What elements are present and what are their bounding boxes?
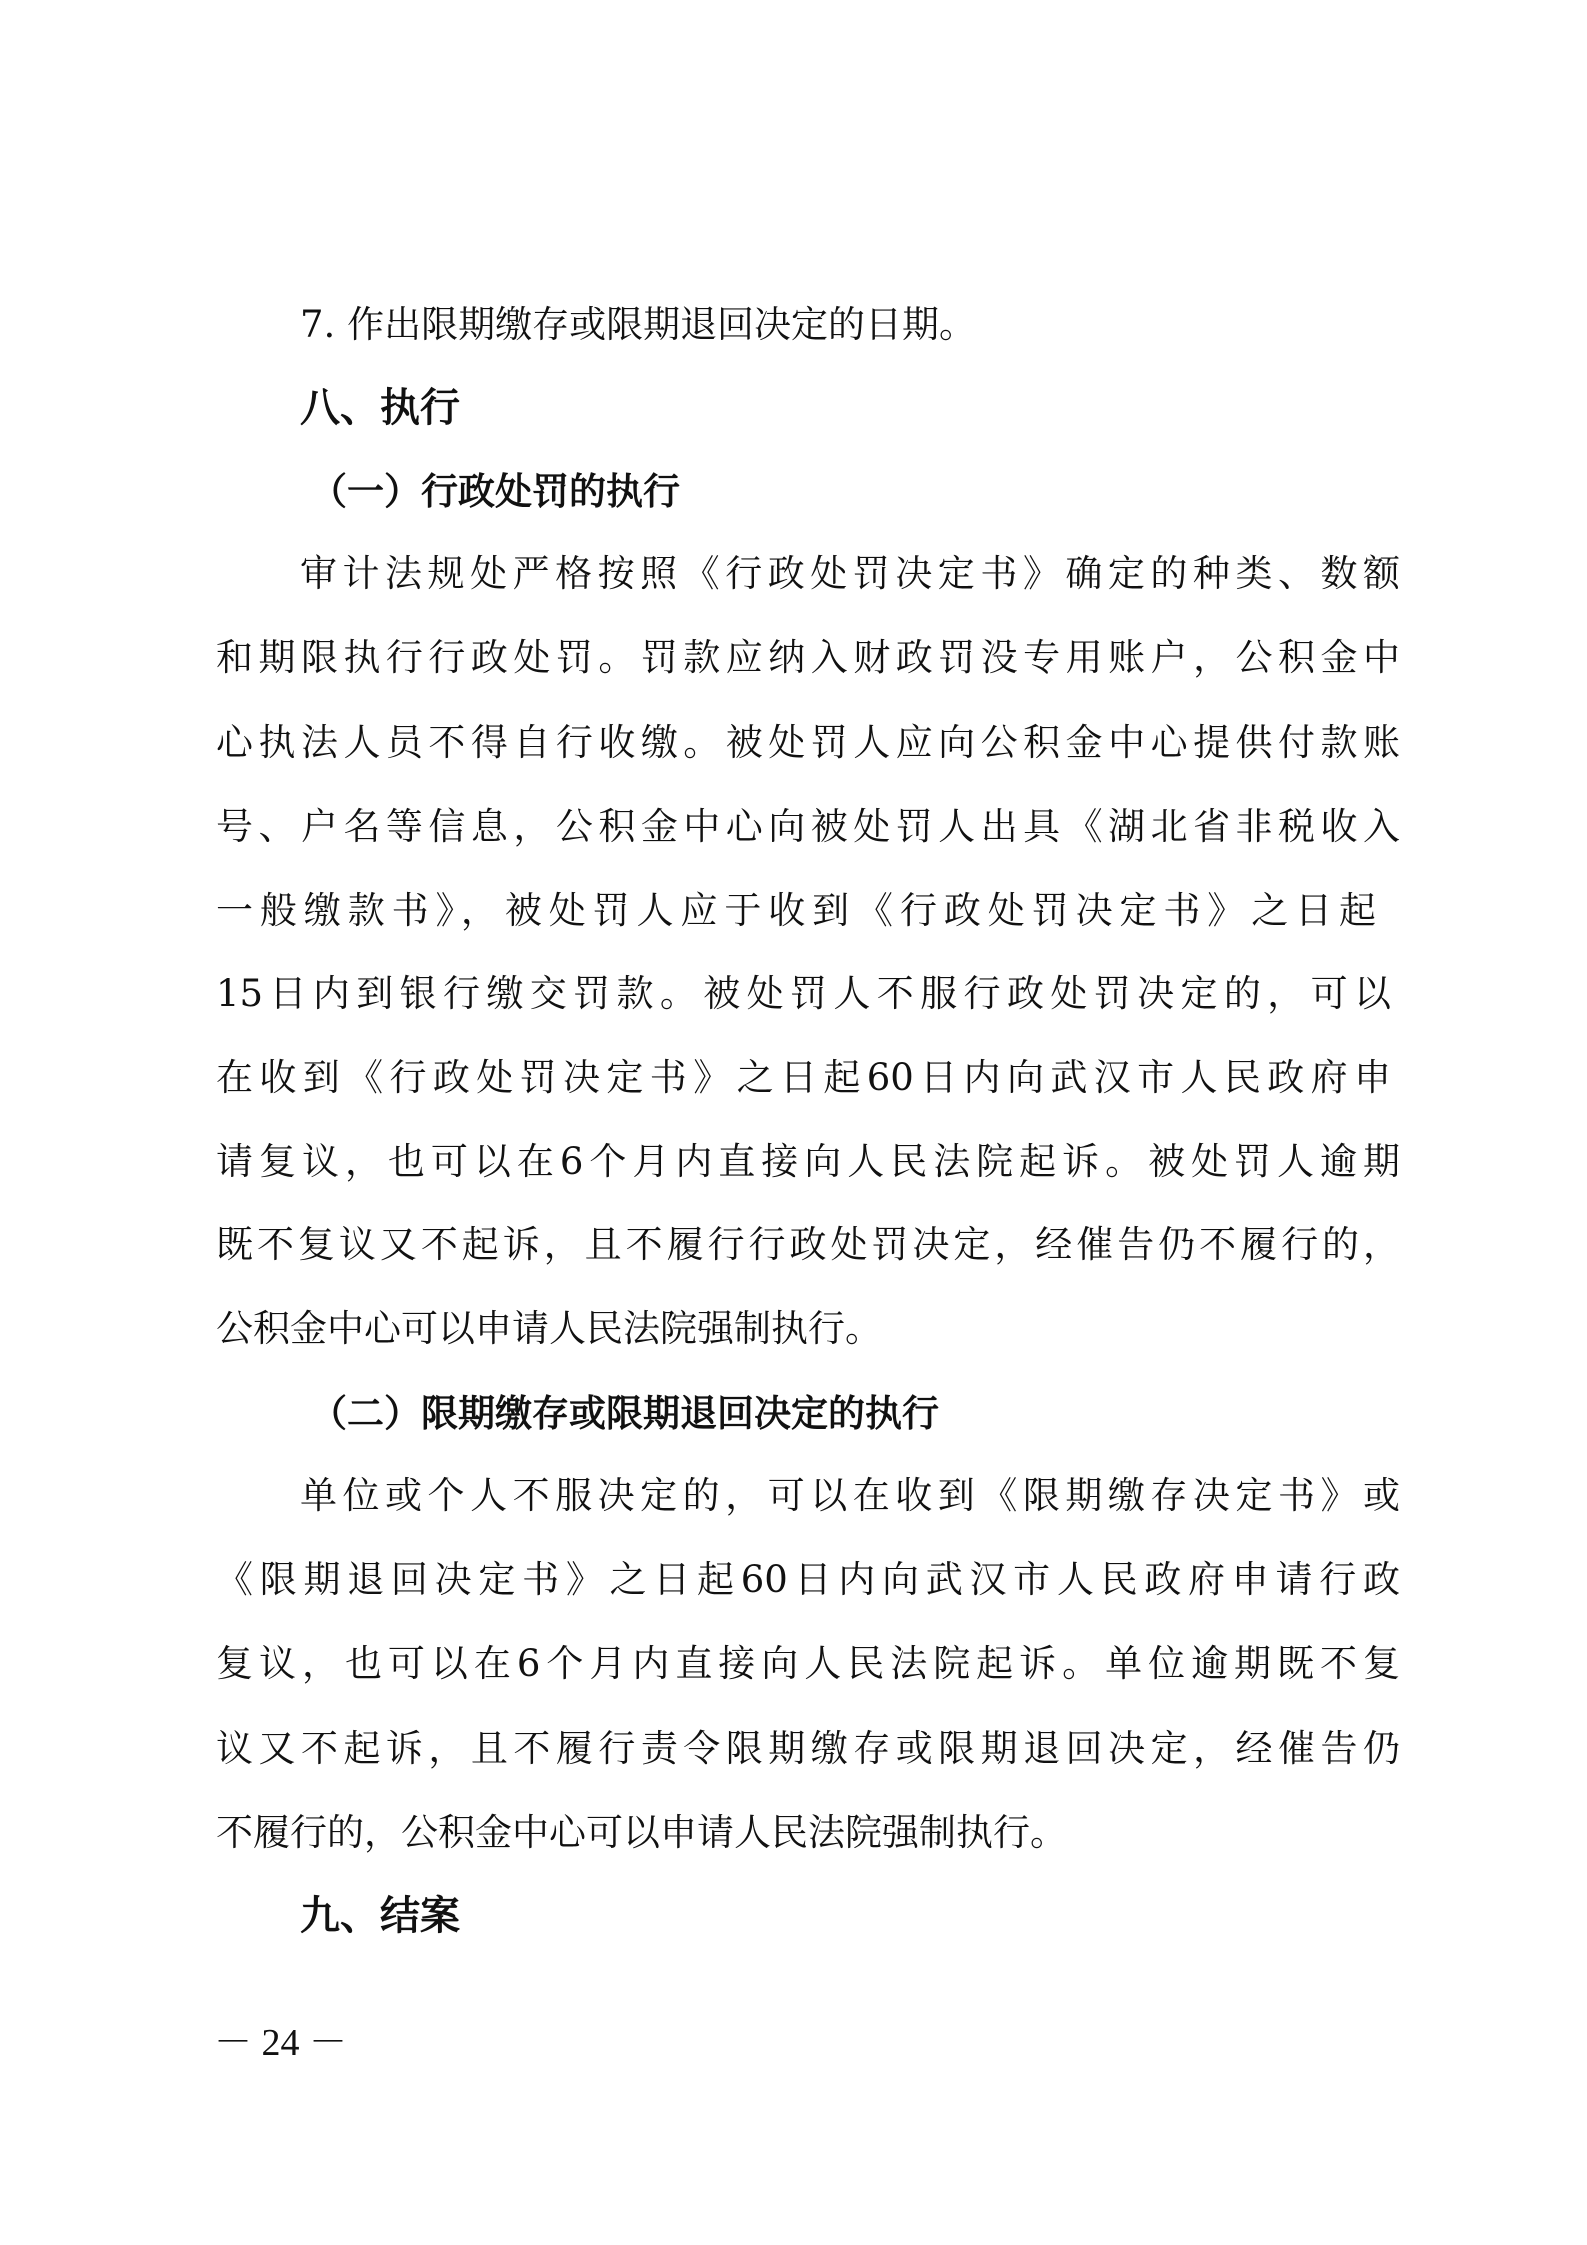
section-heading-case-closure: 九、结案	[300, 1886, 460, 1946]
paragraph-line: 单位或个人不服决定的，可以在收到《限期缴存决定书》或	[300, 1466, 1400, 1526]
section-heading-execution: 八、执行	[300, 378, 460, 438]
paragraph-line: 在收到《行政处罚决定书》之日起60日内向武汉市人民政府申	[216, 1048, 1391, 1108]
document-page: 7. 作出限期缴存或限期退回决定的日期。 八、执行 （一）行政处罚的执行 审计法…	[0, 0, 1587, 2245]
paragraph-line: 《限期退回决定书》之日起60日内向武汉市人民政府申请行政	[216, 1550, 1400, 1610]
paragraph-line: 议又不起诉，且不履行责令限期缴存或限期退回决定，经催告仍	[216, 1719, 1400, 1779]
subheading-penalty-execution: （一）行政处罚的执行	[310, 461, 680, 521]
paragraph-line: 不履行的，公积金中心可以申请人民法院强制执行。	[216, 1803, 1067, 1863]
paragraph-line: 一般缴款书》，被处罚人应于收到《行政处罚决定书》之日起	[216, 881, 1376, 941]
paragraph-line: 心执法人员不得自行收缴。被处罚人应向公积金中心提供付款账	[216, 713, 1400, 773]
page-number: － 24 －	[214, 2020, 347, 2066]
paragraph-line: 复议，也可以在6个月内直接向人民法院起诉。单位逾期既不复	[216, 1634, 1400, 1694]
paragraph-line: 和期限执行行政处罚。罚款应纳入财政罚没专用账户，公积金中	[216, 628, 1400, 688]
paragraph-line: 公积金中心可以申请人民法院强制执行。	[216, 1299, 882, 1359]
list-item-7: 7. 作出限期缴存或限期退回决定的日期。	[300, 295, 976, 355]
paragraph-line: 15日内到银行缴交罚款。被处罚人不服行政处罚决定的，可以	[216, 964, 1391, 1024]
paragraph-line: 号、户名等信息，公积金中心向被处罚人出具《湖北省非税收入	[216, 797, 1400, 857]
subheading-deadline-decision-execution: （二）限期缴存或限期退回决定的执行	[310, 1383, 939, 1443]
paragraph-line: 请复议，也可以在6个月内直接向人民法院起诉。被处罚人逾期	[216, 1132, 1400, 1192]
paragraph-line: 既不复议又不起诉，且不履行行政处罚决定，经催告仍不履行的，	[216, 1215, 1400, 1275]
paragraph-line: 审计法规处严格按照《行政处罚决定书》确定的种类、数额	[300, 544, 1400, 604]
